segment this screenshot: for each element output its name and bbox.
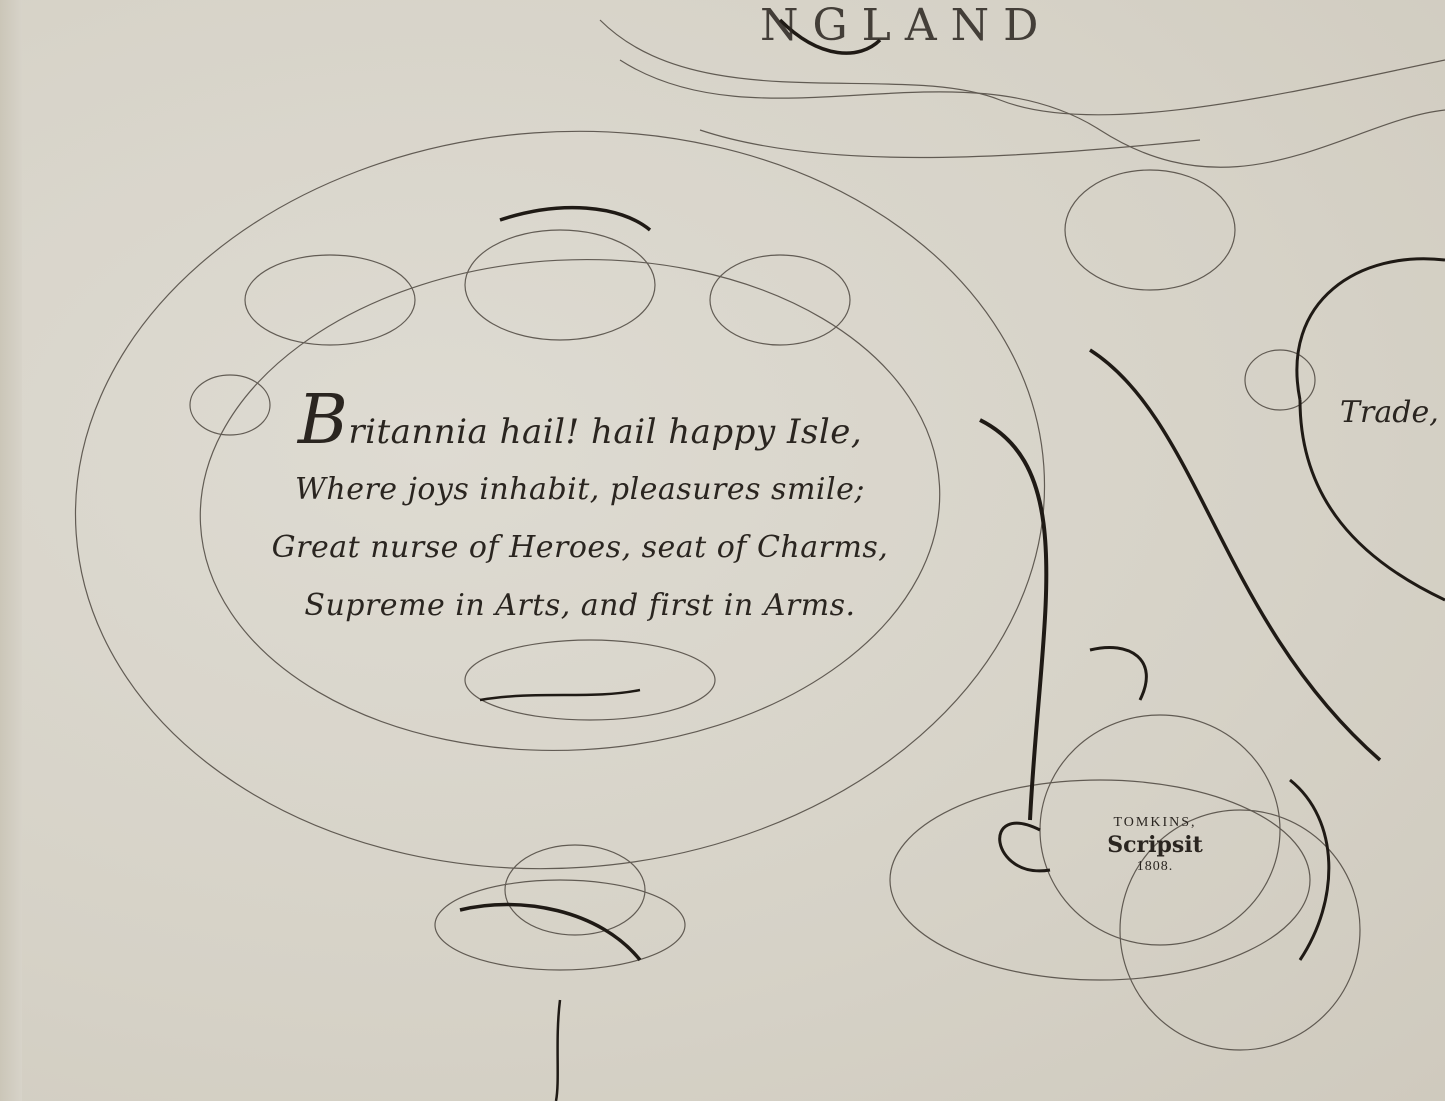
signature-scripsit: Scripsit (1070, 831, 1240, 859)
signature-name: TOMKINS, (1070, 815, 1240, 831)
engraver-signature: TOMKINS, Scripsit 1808. (1070, 815, 1240, 875)
poem-block: Britannia hail! hail happy Isle, Where j… (200, 392, 960, 635)
heading-fragment: NGLAND (760, 0, 1052, 51)
poem-initial-capital: B (298, 381, 348, 460)
poem-line-1: Britannia hail! hail happy Isle, (200, 392, 960, 461)
right-panel-text-fragment: Trade, (1340, 395, 1439, 430)
poem-line-4: Supreme in Arts, and first in Arms. (200, 577, 960, 635)
poem-line-3: Great nurse of Heroes, seat of Charms, (200, 519, 960, 577)
poem-line-1-rest: ritannia hail! hail happy Isle, (348, 412, 862, 452)
signature-year: 1808. (1070, 859, 1240, 875)
poem-line-2: Where joys inhabit, pleasures smile; (200, 461, 960, 519)
